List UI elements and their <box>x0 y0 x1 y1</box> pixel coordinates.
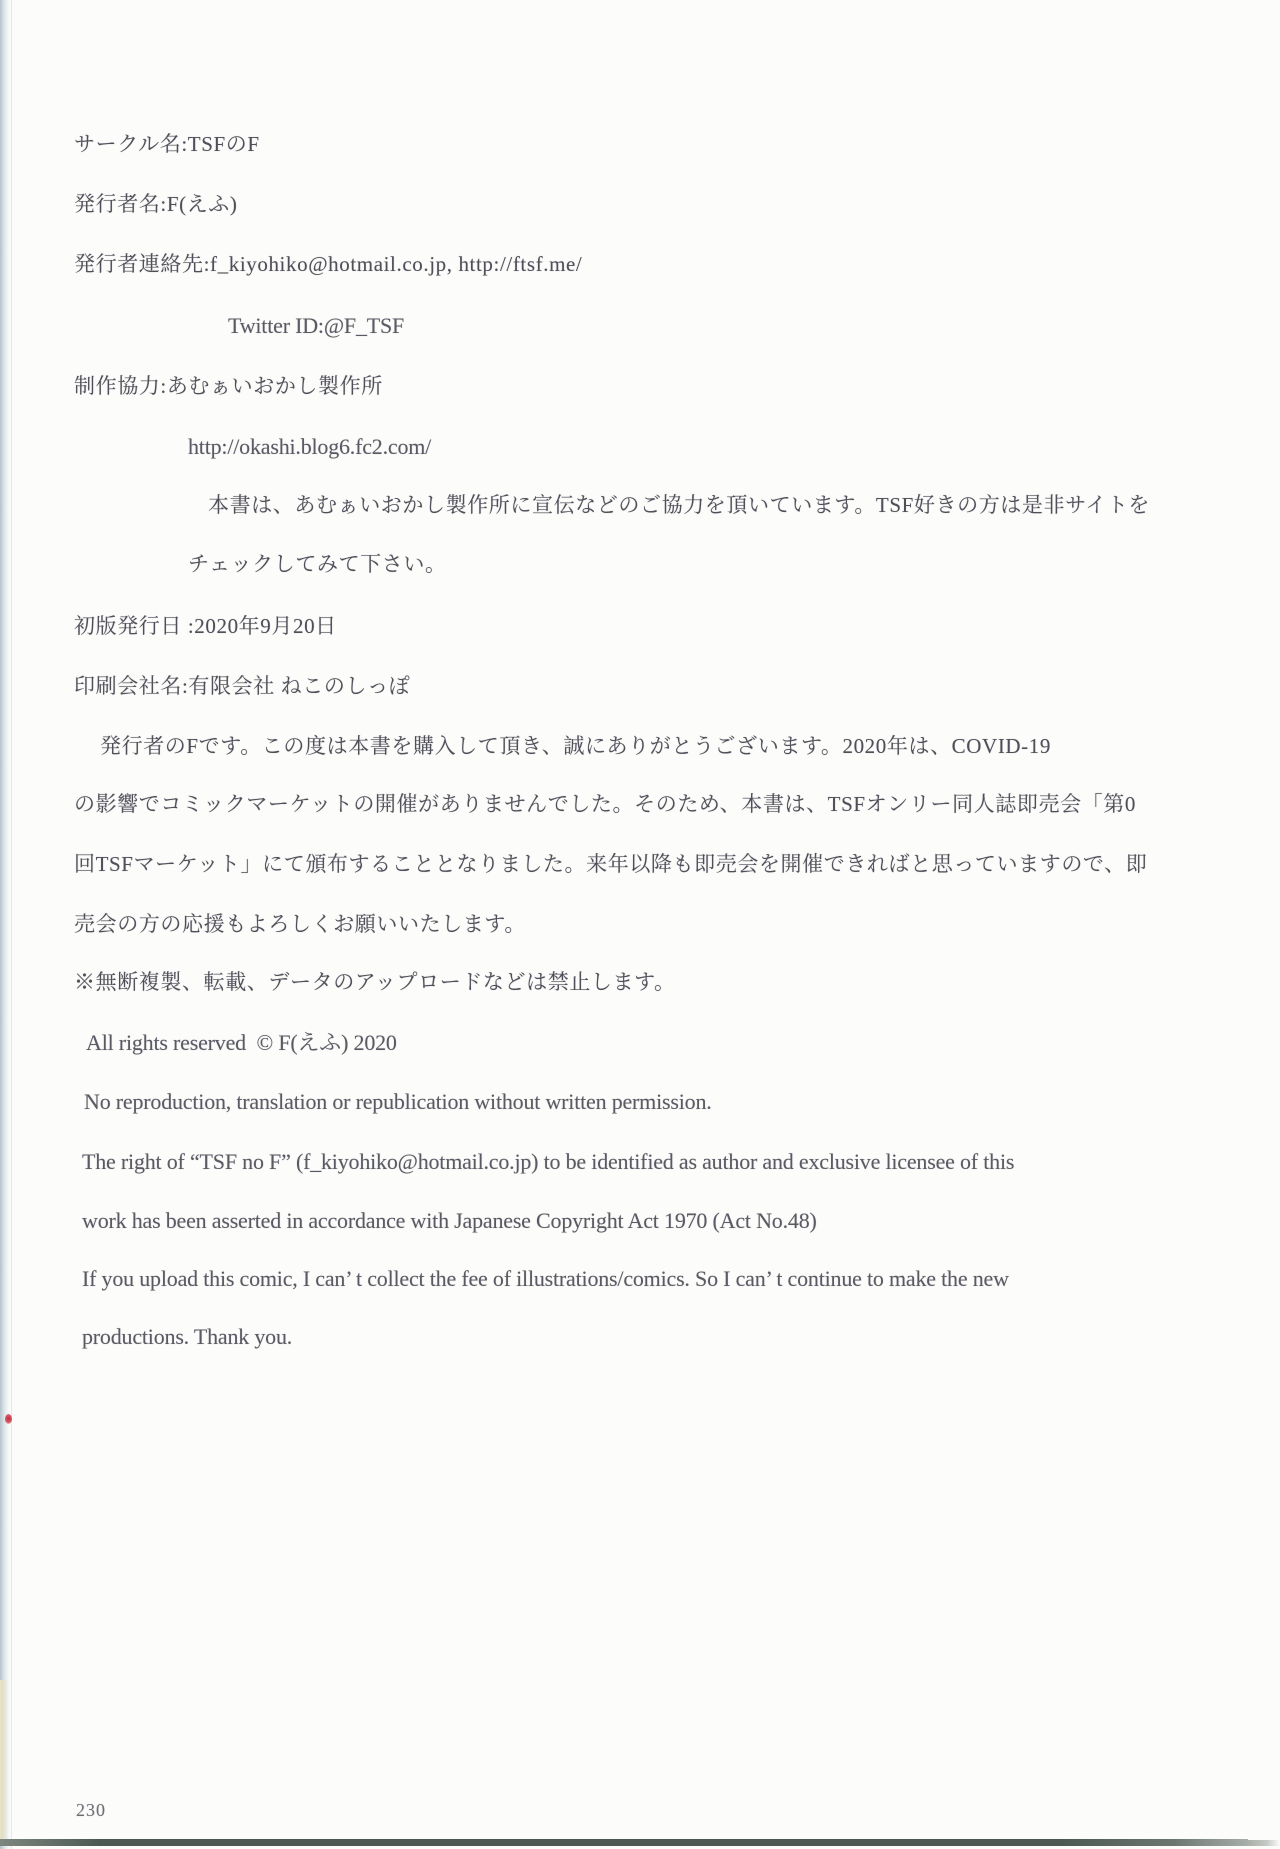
colophon-page: サークル名:TSFのF 発行者名:F(えふ) 発行者連絡先:f_kiyohiko… <box>0 0 1280 1849</box>
publisher-name-line: 発行者名:F(えふ) <box>74 194 238 215</box>
page-number: 230 <box>76 1800 106 1821</box>
afterword-line-4: 売会の方の応援もよろしくお願いいたします。 <box>74 914 526 935</box>
no-copy-warning-line: ※無断複製、転載、データのアップロードなどは禁止します。 <box>74 972 676 993</box>
production-help-line: 制作協力:あむぁいおかし製作所 <box>74 376 383 397</box>
red-ink-speck <box>5 1414 12 1424</box>
copyright-english-line-2: work has been asserted in accordance wit… <box>82 1210 817 1232</box>
no-reproduction-line: No reproduction, translation or republic… <box>84 1091 712 1113</box>
copyright-english-line-1: The right of “TSF no F” (f_kiyohiko@hotm… <box>82 1151 1014 1173</box>
publisher-contact-line: 発行者連絡先:f_kiyohiko@hotmail.co.jp, http://… <box>74 254 582 275</box>
scan-edge-bottom-strip <box>0 1839 1248 1846</box>
twitter-id-line: Twitter ID:@F_TSF <box>228 315 404 337</box>
scan-edge-left-line <box>11 0 12 1849</box>
promo-note-line-2: チェックしてみて下さい。 <box>188 554 447 575</box>
afterword-line-1: 発行者のFです。この度は本書を購入して頂き、誠にありがとうございます。2020年… <box>100 736 1051 757</box>
circle-name-line: サークル名:TSFのF <box>74 134 260 155</box>
scan-edge-bottom-strip-tail <box>1248 1840 1280 1846</box>
okashi-url-line: http://okashi.blog6.fc2.com/ <box>188 436 431 458</box>
upload-warning-line-2: productions. Thank you. <box>82 1326 292 1348</box>
first-edition-date-line: 初版発行日 :2020年9月20日 <box>74 616 337 637</box>
upload-warning-line-1: If you upload this comic, I can’ t colle… <box>82 1268 1009 1290</box>
afterword-line-3: 回TSFマーケット」にて頒布することとなりました。来年以降も即売会を開催できれば… <box>74 854 1147 875</box>
promo-note-line-1: 本書は、あむぁいおかし製作所に宣伝などのご協力を頂いています。TSF好きの方は是… <box>208 495 1150 516</box>
rights-reserved-line: All rights reserved © F(えふ) 2020 <box>86 1032 397 1054</box>
scan-edge-left-bottom <box>0 1680 9 1842</box>
afterword-line-2: の影響でコミックマーケットの開催がありませんでした。そのため、本書は、TSFオン… <box>74 794 1136 815</box>
scan-edge-left <box>0 0 11 1849</box>
printer-name-line: 印刷会社名:有限会社 ねこのしっぽ <box>74 676 410 697</box>
